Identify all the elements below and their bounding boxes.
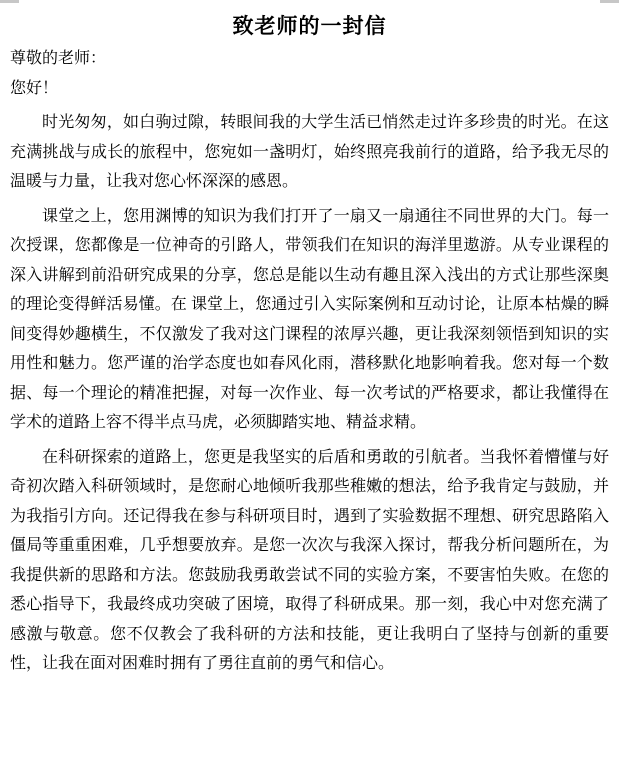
letter-body: 尊敬的老师： 您好！ 时光匆匆，如白驹过隙，转眼间我的大学生活已悄然走过许多珍贵… [10,44,609,679]
document-title: 致老师的一封信 [10,13,609,39]
letter-paragraph-1: 时光匆匆，如白驹过隙，转眼间我的大学生活已悄然走过许多珍贵的时光。在这充满挑战与… [10,108,609,197]
document-page: 致老师的一封信 尊敬的老师： 您好！ 时光匆匆，如白驹过隙，转眼间我的大学生活已… [0,0,619,758]
page-corner-mark-left [0,0,19,3]
salutation-line: 尊敬的老师： [10,44,609,74]
greeting-line: 您好！ [10,74,609,104]
page-corner-mark-right [600,0,619,3]
letter-paragraph-3: 在科研探索的道路上，您更是我坚实的后盾和勇敢的引航者。当我怀着懵懂与好奇初次踏入… [10,443,609,679]
letter-paragraph-2: 课堂之上，您用渊博的知识为我们打开了一扇又一扇通往不同世界的大门。每一次授课，您… [10,202,609,438]
